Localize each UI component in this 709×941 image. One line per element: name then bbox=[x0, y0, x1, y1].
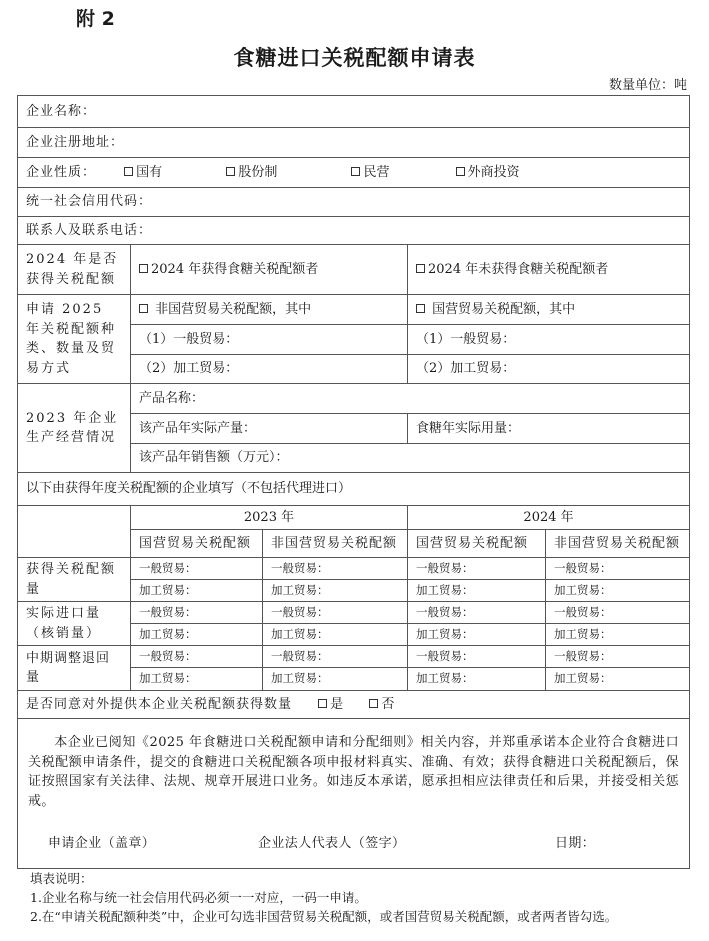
signature-row: 申请企业（盖章） 企业法人代表人（签字） 日期： bbox=[18, 834, 689, 854]
option-label: 2024 年获得食糖关税配额者 bbox=[151, 262, 318, 277]
cell-general-trade[interactable]: 一般贸易： bbox=[408, 558, 546, 580]
field-label: 该产品年实际产量： bbox=[139, 421, 256, 436]
contact-label: 联系人及联系电话： bbox=[26, 223, 152, 238]
checkbox-icon[interactable] bbox=[416, 304, 425, 313]
cell-general-trade[interactable]: 一般贸易： bbox=[263, 602, 408, 624]
disclosure-no-option[interactable]: 否 bbox=[369, 695, 394, 715]
field-label: （2）加工贸易： bbox=[416, 361, 515, 376]
table-row: 中期调整退回量 一般贸易： 一般贸易： 一般贸易： 一般贸易： bbox=[18, 646, 690, 668]
quota-2024-label: 2024 年是否获得关税配额 bbox=[18, 245, 131, 295]
checkbox-icon[interactable] bbox=[124, 167, 133, 176]
unit-label: 数量单位：吨 bbox=[609, 74, 687, 93]
cell-general-trade[interactable]: 一般贸易： bbox=[131, 602, 263, 624]
field-label: 该产品年销售额（万元）： bbox=[139, 450, 289, 465]
checkbox-icon[interactable] bbox=[318, 699, 327, 708]
cell-processing-trade[interactable]: 加工贸易： bbox=[408, 580, 546, 602]
row-label-actual-import: 实际进口量（核销量） bbox=[18, 602, 131, 646]
cell-general-trade[interactable]: 一般贸易： bbox=[408, 602, 546, 624]
applicant-seal-field[interactable]: 申请企业（盖章） bbox=[48, 834, 155, 854]
note-item: 1.企业名称与统一社会信用代码必须一一对应，一码一申请。 bbox=[30, 888, 617, 907]
nature-option-private[interactable]: 民营 bbox=[351, 163, 389, 183]
state-general-trade-field[interactable]: （1）一般贸易： bbox=[408, 325, 690, 355]
registered-address-field[interactable]: 企业注册地址： bbox=[18, 128, 690, 158]
nature-option-joint-stock[interactable]: 股份制 bbox=[226, 163, 277, 183]
year-2023-header: 2023 年 bbox=[131, 506, 408, 530]
company-nature-row: 企业性质： 国有 股份制 民营 外商投资 bbox=[18, 158, 690, 188]
option-label: 否 bbox=[381, 697, 394, 712]
option-not-obtained-2024[interactable]: 2024 年未获得食糖关税配额者 bbox=[408, 245, 690, 295]
option-label: 外商投资 bbox=[468, 165, 520, 180]
date-field[interactable]: 日期： bbox=[555, 834, 595, 854]
option-non-state-trade[interactable]: 非国营贸易关税配额，其中 bbox=[131, 295, 408, 325]
cell-processing-trade[interactable]: 加工贸易： bbox=[263, 580, 408, 602]
company-name-field[interactable]: 企业名称： bbox=[18, 96, 690, 128]
cell-processing-trade[interactable]: 加工贸易： bbox=[408, 668, 546, 691]
cell-general-trade[interactable]: 一般贸易： bbox=[263, 558, 408, 580]
table-row: 获得关税配额量 一般贸易： 一般贸易： 一般贸易： 一般贸易： bbox=[18, 558, 690, 580]
field-label: 食糖年实际用量： bbox=[416, 421, 520, 436]
product-name-field[interactable]: 产品名称： bbox=[131, 384, 690, 414]
cell-processing-trade[interactable]: 加工贸易： bbox=[263, 624, 408, 646]
disclosure-yes-option[interactable]: 是 bbox=[318, 695, 343, 715]
option-label: 国营贸易关税配额，其中 bbox=[432, 302, 575, 317]
production-2023-label: 2023 年企业生产经营情况 bbox=[18, 384, 131, 473]
pledge-section: 本企业已阅知《2025 年食糖进口关税配额申请和分配细则》相关内容，并郑重承诺本… bbox=[18, 719, 690, 869]
application-form-table: 企业名称： 企业注册地址： 企业性质： 国有 股份制 民营 外商投资 统一社会信… bbox=[17, 95, 690, 869]
annual-sales-field[interactable]: 该产品年销售额（万元）： bbox=[131, 444, 690, 473]
quota-holders-section-title: 以下由获得年度关税配额的企业填写（不包括代理进口） bbox=[18, 473, 690, 506]
nature-option-state-owned[interactable]: 国有 bbox=[124, 163, 162, 183]
field-label: （1）一般贸易： bbox=[139, 332, 238, 347]
option-label: 民营 bbox=[363, 165, 389, 180]
option-label: 是 bbox=[330, 697, 343, 712]
company-name-label: 企业名称： bbox=[26, 104, 96, 119]
year-2024-header: 2024 年 bbox=[408, 506, 690, 530]
option-label: 2024 年未获得食糖关税配额者 bbox=[428, 262, 608, 277]
checkbox-icon[interactable] bbox=[351, 167, 360, 176]
notes-heading: 填表说明： bbox=[30, 869, 617, 888]
col-header-2023-non-state: 非国营贸易关税配额 bbox=[263, 530, 408, 558]
option-label: 国有 bbox=[136, 165, 162, 180]
non-state-processing-trade-field[interactable]: （2）加工贸易： bbox=[131, 355, 408, 384]
cell-processing-trade[interactable]: 加工贸易： bbox=[131, 580, 263, 602]
cell-general-trade[interactable]: 一般贸易： bbox=[546, 602, 690, 624]
col-header-2023-state: 国营贸易关税配额 bbox=[131, 530, 263, 558]
empty-header-cell bbox=[18, 506, 131, 558]
cell-general-trade[interactable]: 一般贸易： bbox=[408, 646, 546, 668]
cell-general-trade[interactable]: 一般贸易： bbox=[131, 558, 263, 580]
col-header-2024-non-state: 非国营贸易关税配额 bbox=[546, 530, 690, 558]
credit-code-field[interactable]: 统一社会信用代码： bbox=[18, 188, 690, 217]
attachment-label: 附 2 bbox=[76, 4, 115, 31]
checkbox-icon[interactable] bbox=[139, 264, 148, 273]
company-nature-label: 企业性质： bbox=[26, 165, 96, 180]
cell-processing-trade[interactable]: 加工贸易： bbox=[131, 668, 263, 691]
field-label: （1）一般贸易： bbox=[416, 332, 515, 347]
checkbox-icon[interactable] bbox=[416, 264, 425, 273]
cell-processing-trade[interactable]: 加工贸易： bbox=[546, 580, 690, 602]
cell-general-trade[interactable]: 一般贸易： bbox=[546, 646, 690, 668]
sugar-usage-field[interactable]: 食糖年实际用量： bbox=[408, 414, 690, 444]
apply-2025-label: 申请 2025 年关税配额种类、数量及贸易方式 bbox=[18, 295, 131, 384]
legal-rep-signature-field[interactable]: 企业法人代表人（签字） bbox=[258, 834, 405, 854]
disclosure-question: 是否同意对外提供本企业关税配额获得数量 bbox=[26, 697, 292, 712]
non-state-general-trade-field[interactable]: （1）一般贸易： bbox=[131, 325, 408, 355]
cell-general-trade[interactable]: 一般贸易： bbox=[263, 646, 408, 668]
option-label: 股份制 bbox=[238, 165, 277, 180]
notes-section: 填表说明： 1.企业名称与统一社会信用代码必须一一对应，一码一申请。 2.在“申… bbox=[30, 869, 617, 926]
credit-code-label: 统一社会信用代码： bbox=[26, 194, 152, 209]
option-label: 非国营贸易关税配额，其中 bbox=[155, 302, 311, 317]
pledge-text: 本企业已阅知《2025 年食糖进口关税配额申请和分配细则》相关内容，并郑重承诺本… bbox=[28, 735, 679, 809]
cell-general-trade[interactable]: 一般贸易： bbox=[131, 646, 263, 668]
field-label: 产品名称： bbox=[139, 391, 204, 406]
form-title: 食糖进口关税配额申请表 bbox=[0, 42, 709, 72]
note-item: 2.在“申请关税配额种类”中，企业可勾选非国营贸易关税配额，或者国营贸易关税配额… bbox=[30, 907, 617, 926]
checkbox-icon[interactable] bbox=[139, 304, 148, 313]
cell-processing-trade[interactable]: 加工贸易： bbox=[131, 624, 263, 646]
field-label: （2）加工贸易： bbox=[139, 361, 238, 376]
registered-address-label: 企业注册地址： bbox=[26, 135, 124, 150]
cell-processing-trade[interactable]: 加工贸易： bbox=[408, 624, 546, 646]
row-label-mid-term-return: 中期调整退回量 bbox=[18, 646, 131, 691]
checkbox-icon[interactable] bbox=[226, 167, 235, 176]
state-processing-trade-field[interactable]: （2）加工贸易： bbox=[408, 355, 690, 384]
table-row: 实际进口量（核销量） 一般贸易： 一般贸易： 一般贸易： 一般贸易： bbox=[18, 602, 690, 624]
disclosure-row: 是否同意对外提供本企业关税配额获得数量 是 否 bbox=[18, 691, 690, 719]
cell-general-trade[interactable]: 一般贸易： bbox=[546, 558, 690, 580]
checkbox-icon[interactable] bbox=[369, 699, 378, 708]
annual-output-field[interactable]: 该产品年实际产量： bbox=[131, 414, 408, 444]
cell-processing-trade[interactable]: 加工贸易： bbox=[263, 668, 408, 691]
option-obtained-2024[interactable]: 2024 年获得食糖关税配额者 bbox=[131, 245, 408, 295]
option-state-trade[interactable]: 国营贸易关税配额，其中 bbox=[408, 295, 690, 325]
row-label-obtained-quota: 获得关税配额量 bbox=[18, 558, 131, 602]
checkbox-icon[interactable] bbox=[456, 167, 465, 176]
nature-option-foreign[interactable]: 外商投资 bbox=[456, 163, 520, 183]
col-header-2024-state: 国营贸易关税配额 bbox=[408, 530, 546, 558]
cell-processing-trade[interactable]: 加工贸易： bbox=[546, 668, 690, 691]
cell-processing-trade[interactable]: 加工贸易： bbox=[546, 624, 690, 646]
contact-field[interactable]: 联系人及联系电话： bbox=[18, 217, 690, 245]
